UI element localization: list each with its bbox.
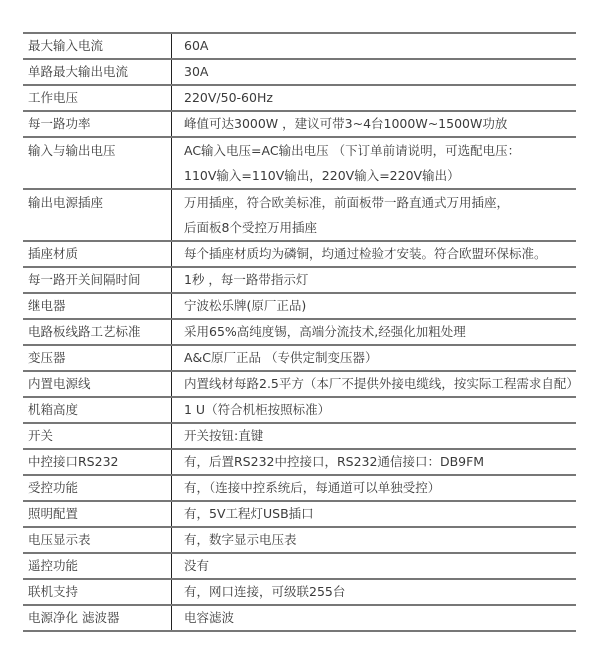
spec-label: 最大输入电流 <box>23 33 172 59</box>
spec-value: 有，后置RS232中控接口，RS232通信接口：DB9FM <box>172 449 577 475</box>
spec-value: 没有 <box>172 553 577 579</box>
spec-label: 输出电源插座 <box>23 189 172 241</box>
spec-label: 内置电源线 <box>23 371 172 397</box>
spec-label: 受控功能 <box>23 475 172 501</box>
spec-table: 最大输入电流60A单路最大输出电流30A工作电压220V/50-60Hz每一路功… <box>23 32 576 632</box>
spec-value-line: 每个插座材质均为磷铜，均通过检验才安装。符合欧盟环保标准。 <box>184 242 576 266</box>
spec-row: 照明配置有，5V工程灯USB插口 <box>23 501 576 527</box>
spec-value-line: 有，（连接中控系统后，每通道可以单独受控） <box>184 476 576 500</box>
spec-row: 内置电源线内置线材每路2.5平方（本厂不提供外接电缆线，按实际工程需求自配） <box>23 371 576 397</box>
spec-value: 有，（连接中控系统后，每通道可以单独受控） <box>172 475 577 501</box>
spec-value: 220V/50-60Hz <box>172 85 577 111</box>
spec-value-line: 有，5V工程灯USB插口 <box>184 502 576 526</box>
spec-label: 变压器 <box>23 345 172 371</box>
spec-value-line: 60A <box>184 34 576 58</box>
spec-value: 开关按钮:直键 <box>172 423 577 449</box>
spec-row: 机箱高度1 U（符合机柜按照标准） <box>23 397 576 423</box>
spec-label: 开关 <box>23 423 172 449</box>
spec-row: 电压显示表有，数字显示电压表 <box>23 527 576 553</box>
spec-row: 每一路开关间隔时间1秒 ，每一路带指示灯 <box>23 267 576 293</box>
spec-value-line: 后面板8个受控万用插座 <box>184 215 576 240</box>
spec-row: 联机支持有，网口连接，可级联255台 <box>23 579 576 605</box>
spec-row: 最大输入电流60A <box>23 33 576 59</box>
spec-value: 有，网口连接，可级联255台 <box>172 579 577 605</box>
spec-label: 每一路开关间隔时间 <box>23 267 172 293</box>
spec-row: 电源净化 滤波器电容滤波 <box>23 605 576 631</box>
spec-value-line: 内置线材每路2.5平方（本厂不提供外接电缆线，按实际工程需求自配） <box>184 372 576 396</box>
spec-row: 输入与输出电压AC输入电压=AC输出电压 （下订单前请说明，可选配电压：110V… <box>23 137 576 189</box>
spec-value-line: AC输入电压=AC输出电压 （下订单前请说明，可选配电压： <box>184 138 576 163</box>
spec-label: 继电器 <box>23 293 172 319</box>
spec-value: 采用65%高纯度锡，高端分流技术,经强化加粗处理 <box>172 319 577 345</box>
spec-row: 输出电源插座万用插座，符合欧美标准，前面板带一路直通式万用插座，后面板8个受控万… <box>23 189 576 241</box>
spec-label: 联机支持 <box>23 579 172 605</box>
spec-label: 输入与输出电压 <box>23 137 172 189</box>
spec-value: 峰值可达3000W ，建议可带3~4台1000W~1500W功放 <box>172 111 577 137</box>
spec-label: 单路最大输出电流 <box>23 59 172 85</box>
spec-value: A&C原厂正品 （专供定制变压器） <box>172 345 577 371</box>
spec-row: 电路板线路工艺标准采用65%高纯度锡，高端分流技术,经强化加粗处理 <box>23 319 576 345</box>
spec-value: 万用插座，符合欧美标准，前面板带一路直通式万用插座，后面板8个受控万用插座 <box>172 189 577 241</box>
spec-value-line: A&C原厂正品 （专供定制变压器） <box>184 346 576 370</box>
spec-value: 每个插座材质均为磷铜，均通过检验才安装。符合欧盟环保标准。 <box>172 241 577 267</box>
spec-value: 1秒 ，每一路带指示灯 <box>172 267 577 293</box>
spec-label: 照明配置 <box>23 501 172 527</box>
spec-value-line: 有，数字显示电压表 <box>184 528 576 552</box>
spec-value-line: 30A <box>184 60 576 84</box>
spec-label: 工作电压 <box>23 85 172 111</box>
spec-value-line: 峰值可达3000W ，建议可带3~4台1000W~1500W功放 <box>184 112 576 136</box>
spec-row: 受控功能有，（连接中控系统后，每通道可以单独受控） <box>23 475 576 501</box>
spec-value: 1 U（符合机柜按照标准） <box>172 397 577 423</box>
spec-value: AC输入电压=AC输出电压 （下订单前请说明，可选配电压：110V输入=110V… <box>172 137 577 189</box>
spec-label: 电路板线路工艺标准 <box>23 319 172 345</box>
spec-value: 有，5V工程灯USB插口 <box>172 501 577 527</box>
spec-label: 每一路功率 <box>23 111 172 137</box>
spec-value: 有，数字显示电压表 <box>172 527 577 553</box>
spec-row: 每一路功率峰值可达3000W ，建议可带3~4台1000W~1500W功放 <box>23 111 576 137</box>
spec-value-line: 万用插座，符合欧美标准，前面板带一路直通式万用插座， <box>184 190 576 215</box>
spec-value: 30A <box>172 59 577 85</box>
spec-label: 电压显示表 <box>23 527 172 553</box>
spec-label: 遥控功能 <box>23 553 172 579</box>
spec-value-line: 110V输入=110V输出，220V输入=220V输出） <box>184 163 576 188</box>
spec-value: 60A <box>172 33 577 59</box>
spec-value-line: 220V/50-60Hz <box>184 86 576 110</box>
spec-value-line: 1 U（符合机柜按照标准） <box>184 398 576 422</box>
spec-label: 中控接口RS232 <box>23 449 172 475</box>
spec-row: 开关开关按钮:直键 <box>23 423 576 449</box>
spec-value-line: 1秒 ，每一路带指示灯 <box>184 268 576 292</box>
spec-value-line: 开关按钮:直键 <box>184 424 576 448</box>
spec-row: 工作电压220V/50-60Hz <box>23 85 576 111</box>
spec-row: 继电器宁波松乐牌(原厂正品) <box>23 293 576 319</box>
spec-label: 机箱高度 <box>23 397 172 423</box>
spec-value-line: 宁波松乐牌(原厂正品) <box>184 294 576 318</box>
spec-value: 电容滤波 <box>172 605 577 631</box>
spec-value: 内置线材每路2.5平方（本厂不提供外接电缆线，按实际工程需求自配） <box>172 371 577 397</box>
spec-label: 插座材质 <box>23 241 172 267</box>
spec-value-line: 没有 <box>184 554 576 578</box>
spec-row: 单路最大输出电流30A <box>23 59 576 85</box>
spec-row: 中控接口RS232有，后置RS232中控接口，RS232通信接口：DB9FM <box>23 449 576 475</box>
spec-value: 宁波松乐牌(原厂正品) <box>172 293 577 319</box>
spec-label: 电源净化 滤波器 <box>23 605 172 631</box>
spec-row: 变压器A&C原厂正品 （专供定制变压器） <box>23 345 576 371</box>
spec-value-line: 电容滤波 <box>184 606 576 630</box>
spec-value-line: 有，后置RS232中控接口，RS232通信接口：DB9FM <box>184 450 576 474</box>
spec-row: 遥控功能没有 <box>23 553 576 579</box>
spec-value-line: 采用65%高纯度锡，高端分流技术,经强化加粗处理 <box>184 320 576 344</box>
spec-value-line: 有，网口连接，可级联255台 <box>184 580 576 604</box>
spec-row: 插座材质每个插座材质均为磷铜，均通过检验才安装。符合欧盟环保标准。 <box>23 241 576 267</box>
